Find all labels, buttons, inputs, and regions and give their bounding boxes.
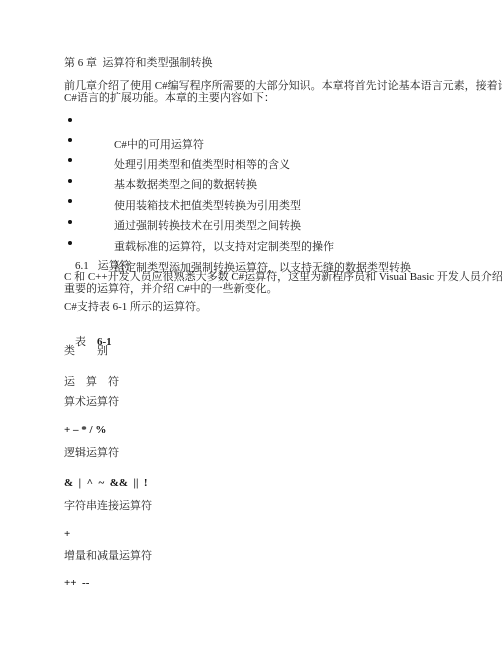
table-row-operators: + – * / % [64,424,106,437]
bullet-icon [68,138,72,142]
table-row-operators: + [64,528,70,541]
section-paragraph-line-2: 重要的运算符，并介绍 C#中的一些新变化。 [64,283,278,296]
table-row-operators: ++ -- [64,577,89,590]
table-col2-header: 运 算 符 [64,376,119,389]
table-row-category: 算术运算符 [64,396,119,409]
table-row-category: 字符串连接运算符 [64,500,152,513]
intro-paragraph-line-2: C#语言的扩展功能。本章的主要内容如下： [64,92,275,105]
bullet-icon [68,118,72,122]
table-row-operators: & | ^ ~ && || ! [64,477,148,490]
table-row-category: 增量和减量运算符 [64,550,152,563]
table-col1-header: 类 别 [64,345,108,358]
bullet-icon [68,241,72,245]
document-page: 第 6 章 运算符和类型强制转换 前几章介绍了使用 C#编写程序所需要的大部分知… [0,0,502,649]
bullet-icon [68,220,72,224]
bullet-icon [68,179,72,183]
table-row-category: 逻辑运算符 [64,447,119,460]
bullet-icon [68,158,72,162]
chapter-title: 第 6 章 运算符和类型强制转换 [64,57,213,70]
bullet-icon [68,199,72,203]
table-intro: C#支持表 6-1 所示的运算符。 [64,301,207,314]
